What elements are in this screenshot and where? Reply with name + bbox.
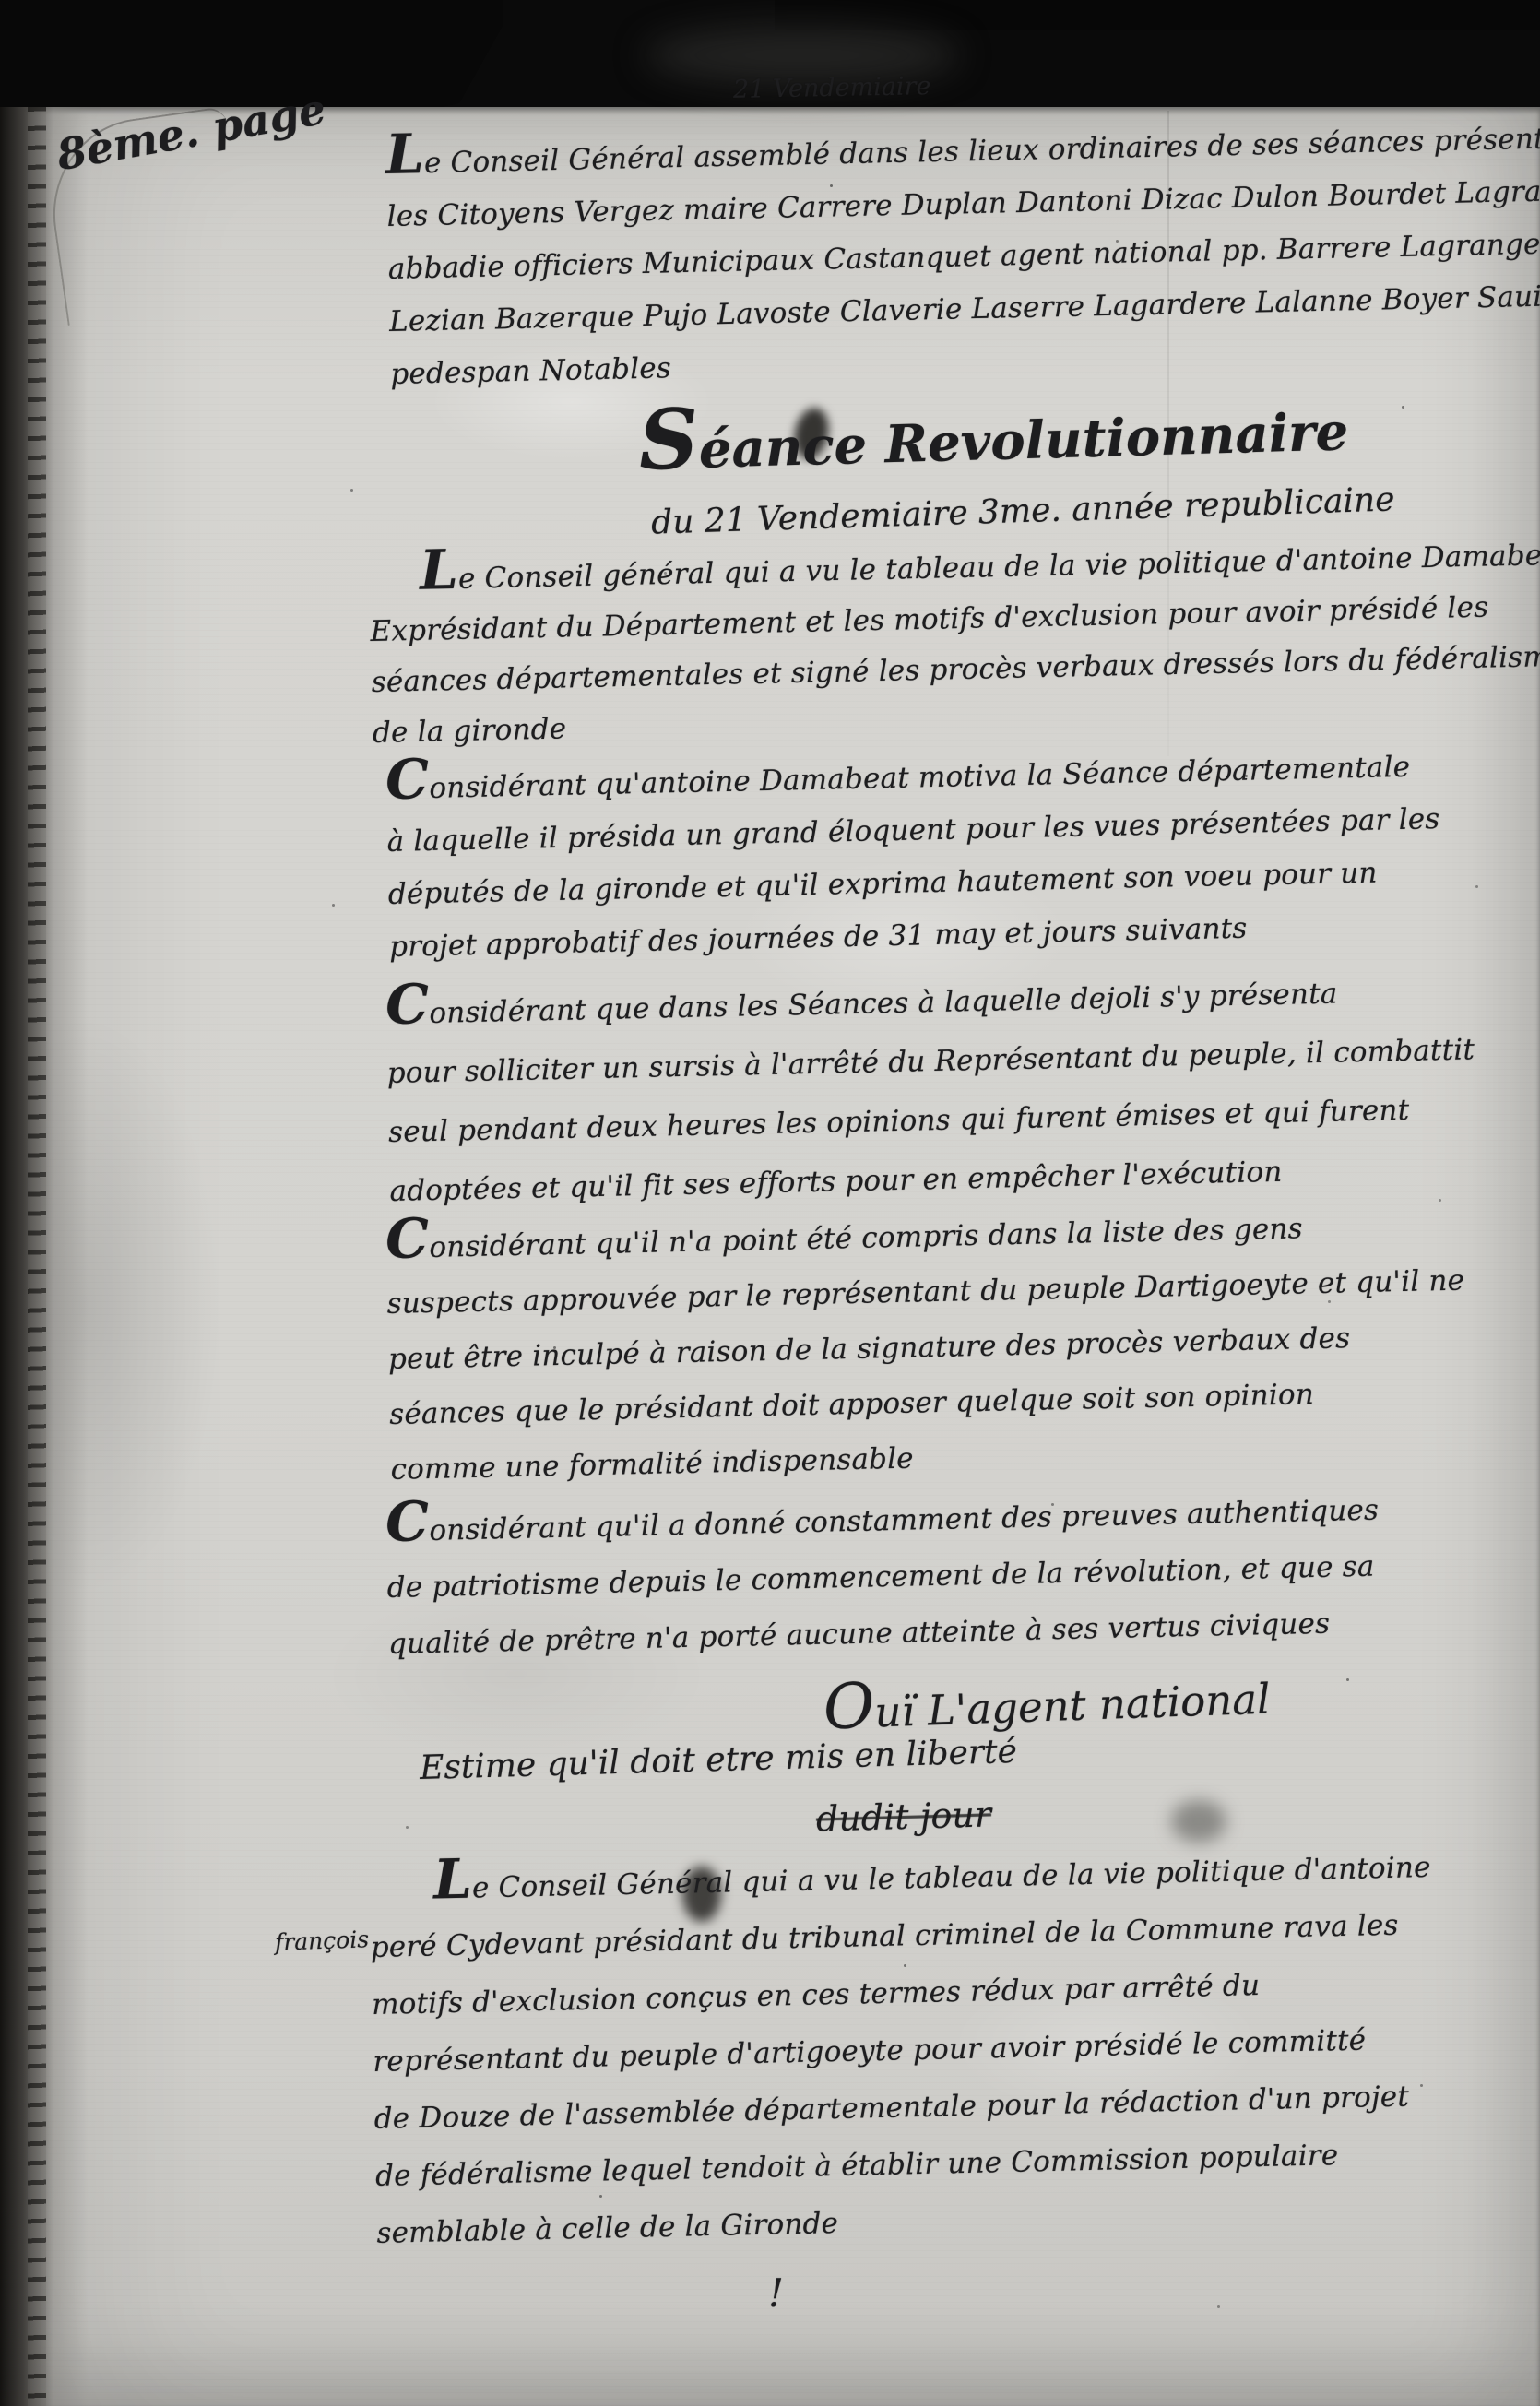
paragraph-considerant-liste: Considérant qu'il n'a point été compris … (385, 1209, 1469, 1509)
paragraph-attendance: Le Conseil Général assemblé dans les lie… (385, 121, 1540, 410)
decision-dudit-jour: dudit jour (815, 1794, 991, 1839)
book-binding-ridge (28, 107, 46, 2406)
margin-note-francois: françois (275, 1926, 370, 1956)
header-date: 21 Vendemiaire (733, 72, 931, 104)
paragraph-considerant-motiva: Considérant qu'antoine Damabeat motiva l… (385, 750, 1443, 983)
stray-exclamation-mark: ! (768, 2270, 784, 2316)
paragraph-considerant-dejoli: Considérant que dans les Séances à laque… (385, 974, 1478, 1234)
paragraph-tableau-damabeat: Le Conseil général qui a vu le tableau d… (369, 539, 1540, 767)
scan-black-edge-top-right (775, 0, 1540, 30)
paragraph-tableau-pere: Le Conseil Général qui a vu le tableau d… (369, 1851, 1439, 2274)
paragraph-considerant-patriotisme: Considérant qu'il a donné constamment de… (385, 1494, 1382, 1684)
ink-smudge-dudit (1171, 1800, 1226, 1843)
manuscript-page: 21 Vendemiaire 8ème. page Le Conseil Gén… (0, 0, 1540, 2406)
